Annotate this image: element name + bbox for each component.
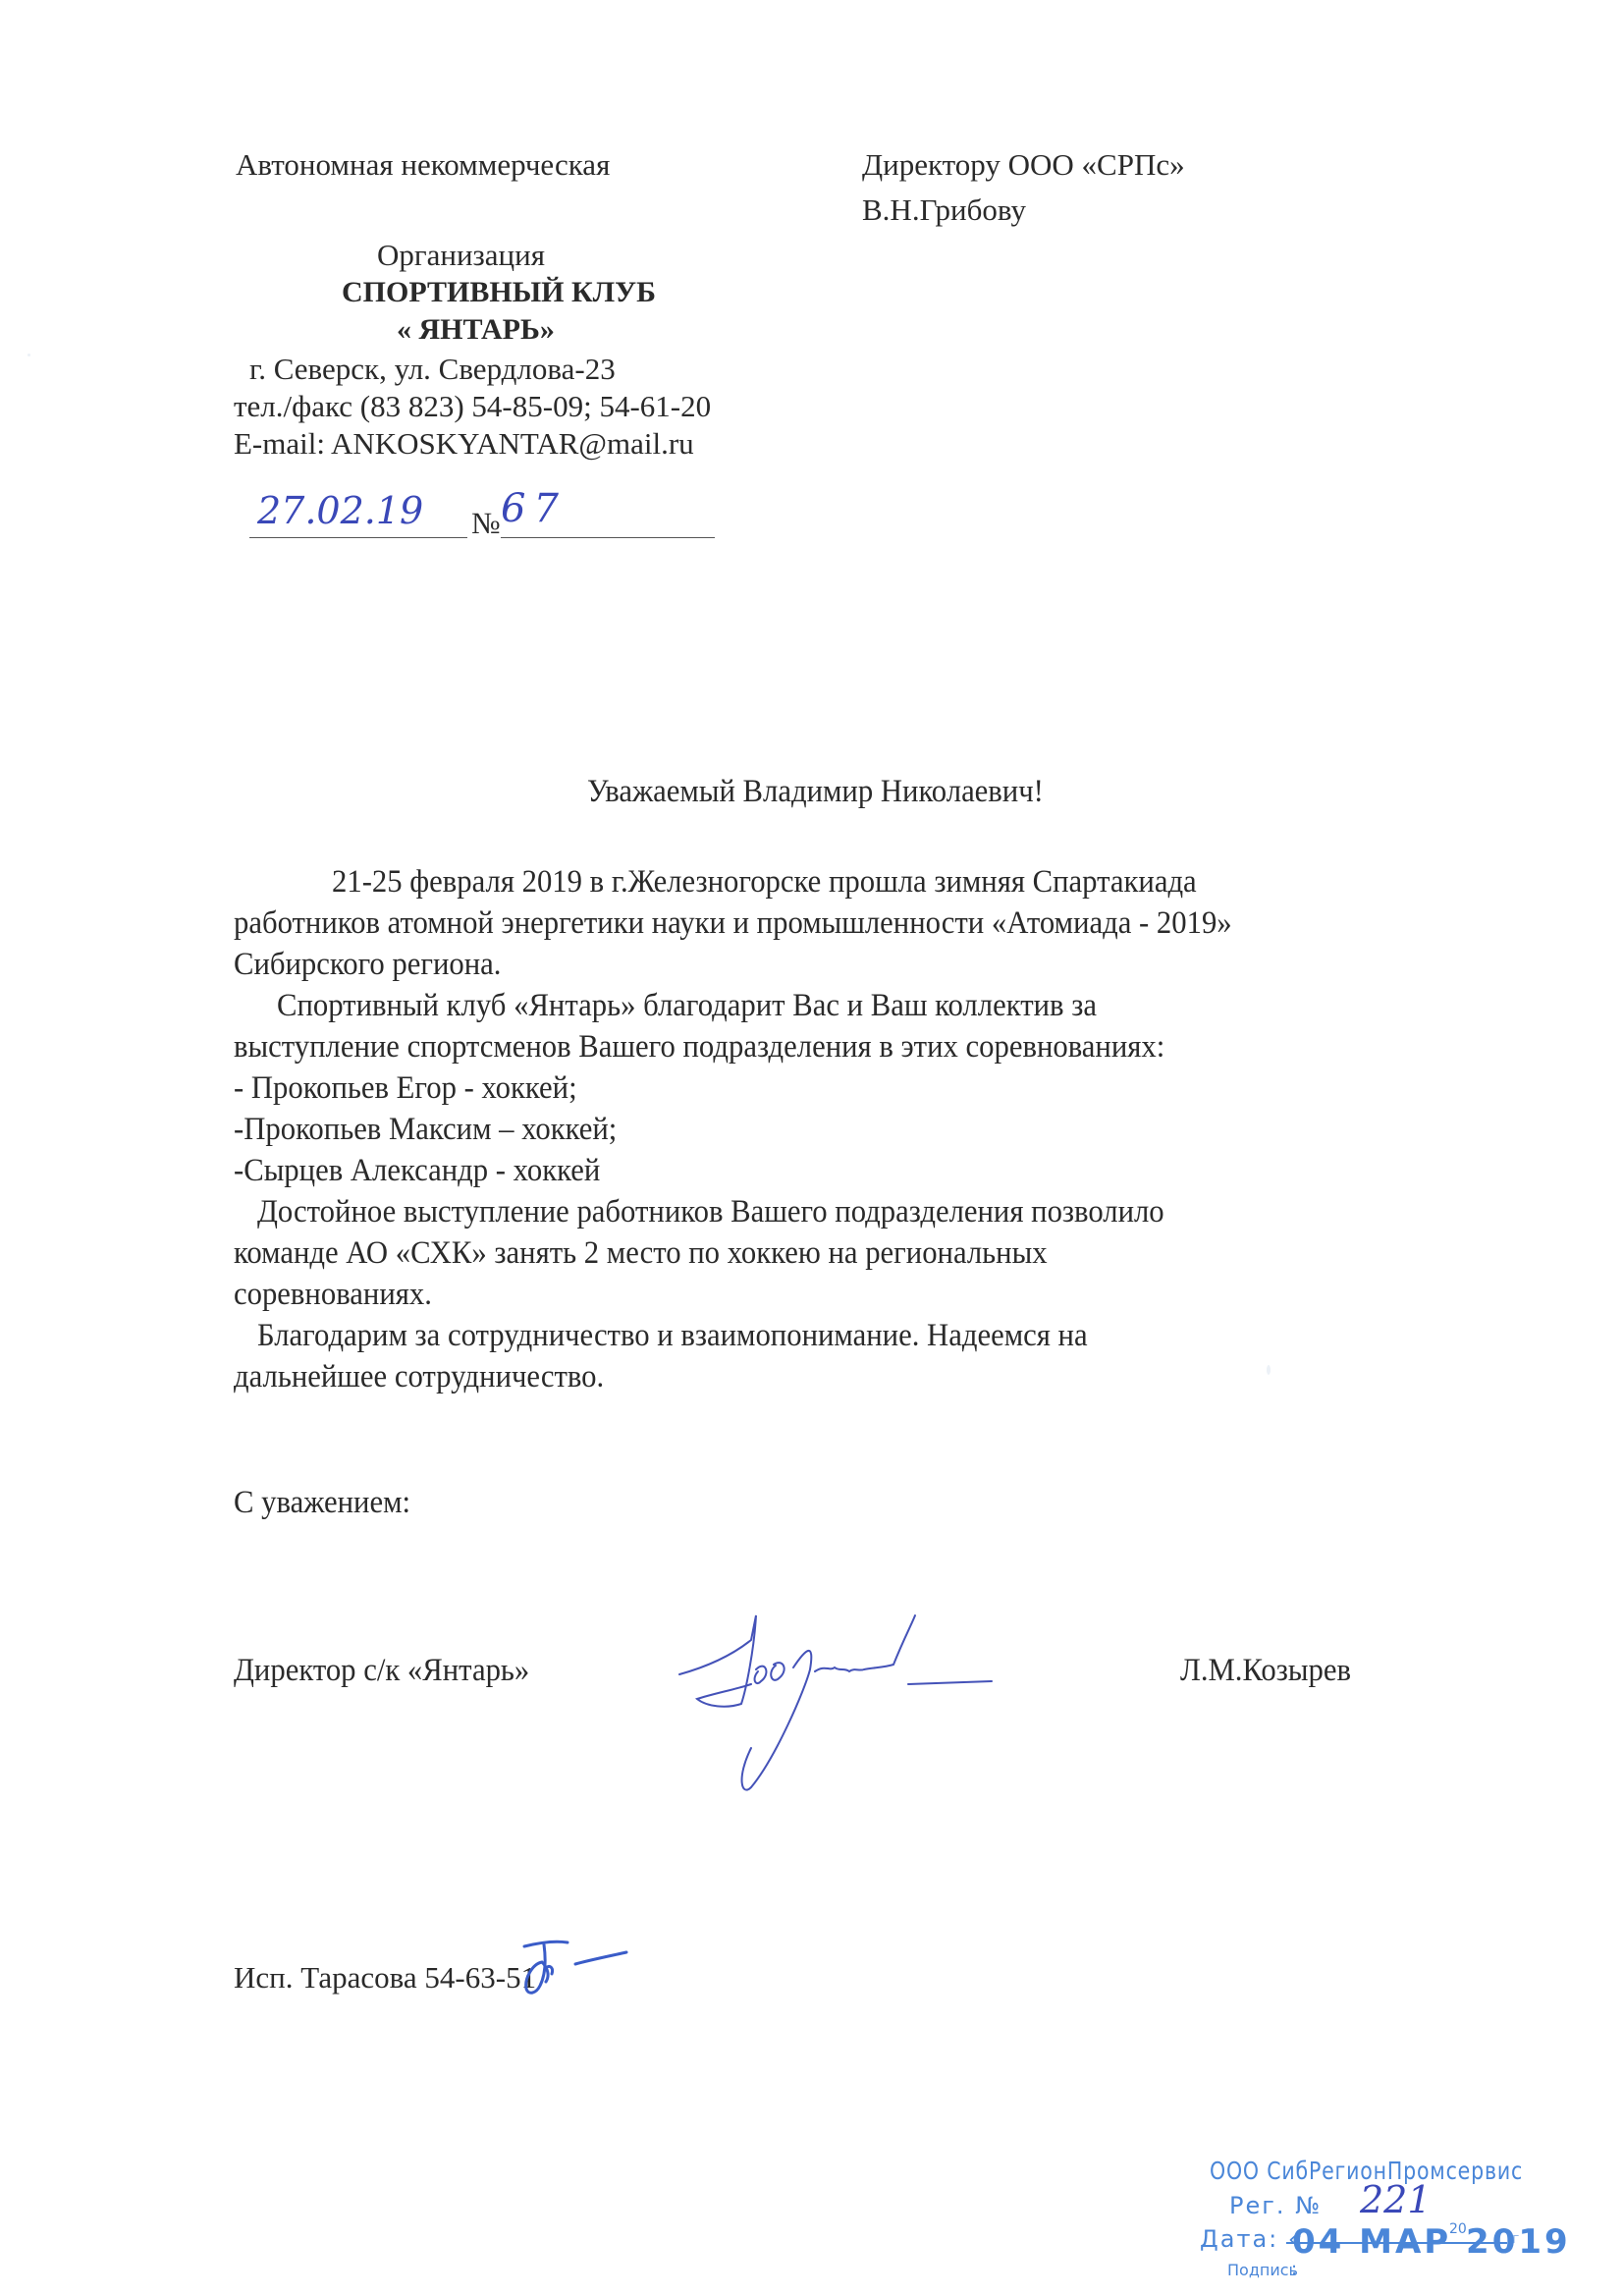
salutation: Уважаемый Владимир Николаевич! <box>587 774 1044 810</box>
outgoing-number: 67 <box>501 486 567 531</box>
outgoing-date: 27.02.19 <box>257 489 423 532</box>
date-underline <box>249 537 467 538</box>
recipient-name: В.Н.Грибову <box>862 192 1026 228</box>
number-label: № <box>471 506 501 541</box>
closing: С уважением: <box>234 1482 410 1523</box>
body-line: 21-25 февраля 2019 в г.Железногорске про… <box>332 861 1197 902</box>
recipient-position: Директору ООО «СРПс» <box>862 147 1185 183</box>
scan-speck <box>27 354 30 356</box>
stamp-date-label: Дата: « <box>1200 2225 1305 2253</box>
stamp-reg-number: 221 <box>1360 2178 1432 2221</box>
athlete-list-item: -Прокопьев Максим – хоккей; <box>234 1109 617 1150</box>
director-signature-icon <box>658 1611 1051 1807</box>
body-line: дальнейшее сотрудничество. <box>234 1356 604 1397</box>
sender-club-name: СПОРТИВНЫЙ КЛУБ <box>342 275 656 310</box>
sender-org-type: Автономная некоммерческая <box>236 147 610 183</box>
sender-org-word: Организация <box>377 238 545 273</box>
athlete-list-item: -Сырцев Александр - хоккей <box>234 1150 600 1191</box>
scan-speck <box>1267 1365 1271 1375</box>
sender-club-name-quoted: « ЯНТАРЬ» <box>397 312 555 348</box>
executor-signature-icon <box>511 1935 668 2003</box>
sender-email: E-mail: ANKOSKYANTAR@mail.ru <box>234 426 694 462</box>
body-line: выступление спортсменов Вашего подраздел… <box>234 1026 1164 1067</box>
number-underline <box>501 537 715 538</box>
stamp-year-suffix: г <box>1512 2231 1519 2247</box>
body-line: Благодарим за сотрудничество и взаимопон… <box>257 1315 1088 1356</box>
body-line: Сибирского региона. <box>234 944 501 985</box>
stamp-year-prefix: 20 <box>1449 2221 1467 2237</box>
body-line: команде АО «СХК» занять 2 место по хокке… <box>234 1232 1048 1274</box>
stamp-date-line <box>1286 2242 1507 2244</box>
body-line: соревнованиях. <box>234 1274 432 1315</box>
body-line: Спортивный клуб «Янтарь» благодарит Вас … <box>277 985 1097 1026</box>
stamp-signature-label: Подпись <box>1227 2261 1298 2279</box>
athlete-list-item: - Прокопьев Егор - хоккей; <box>234 1067 577 1109</box>
sender-address: г. Северск, ул. Свердлова-23 <box>249 352 616 387</box>
executor-line: Исп. Тарасова 54-63-51 <box>234 1960 536 1995</box>
sender-phone: тел./факс (83 823) 54-85-09; 54-61-20 <box>234 389 711 424</box>
signatory-title: Директор с/к «Янтарь» <box>234 1650 529 1691</box>
signatory-name: Л.М.Козырев <box>1180 1650 1351 1691</box>
stamp-signature-colon: : <box>1291 2259 1297 2279</box>
body-line: Достойное выступление работников Вашего … <box>257 1191 1164 1232</box>
body-line: работников атомной энергетики науки и пр… <box>234 902 1232 944</box>
stamp-reg-label: Рег. № <box>1229 2192 1322 2219</box>
